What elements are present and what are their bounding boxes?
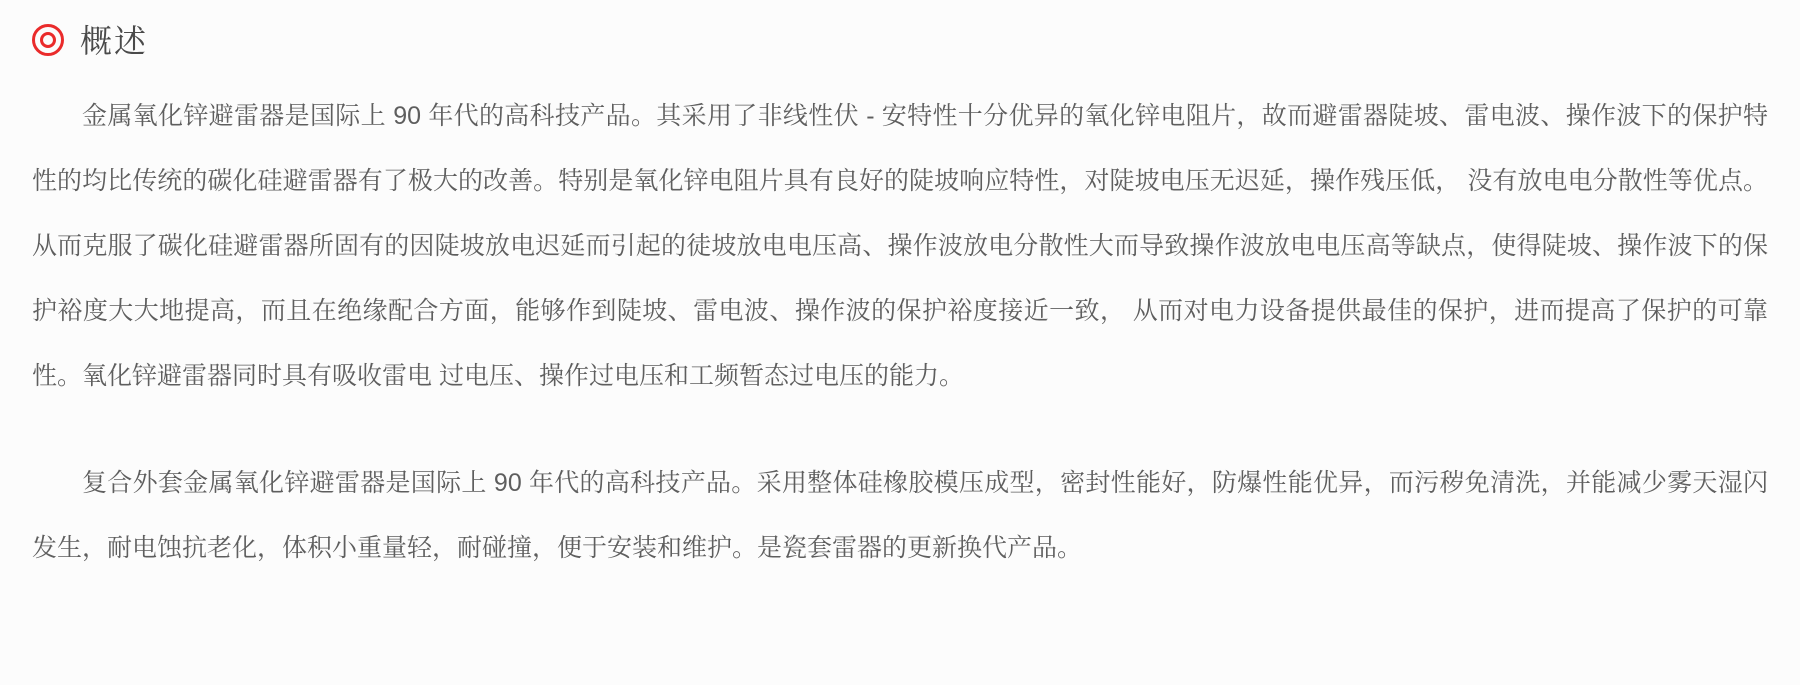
paragraph-1: 金属氧化锌避雷器是国际上 90 年代的高科技产品。其采用了非线性伏 - 安特性十… <box>32 84 1768 409</box>
overview-section: 概述 金属氧化锌避雷器是国际上 90 年代的高科技产品。其采用了非线性伏 - 安… <box>0 0 1800 685</box>
section-heading: 概述 <box>32 18 1768 62</box>
overview-body: 金属氧化锌避雷器是国际上 90 年代的高科技产品。其采用了非线性伏 - 安特性十… <box>32 84 1768 581</box>
paragraph-2: 复合外套金属氧化锌避雷器是国际上 90 年代的高科技产品。采用整体硅橡胶模压成型… <box>32 451 1768 581</box>
double-circle-bullet-icon <box>32 24 64 56</box>
double-circle-bullet-icon-inner <box>40 32 56 48</box>
page-title: 概述 <box>80 23 148 57</box>
